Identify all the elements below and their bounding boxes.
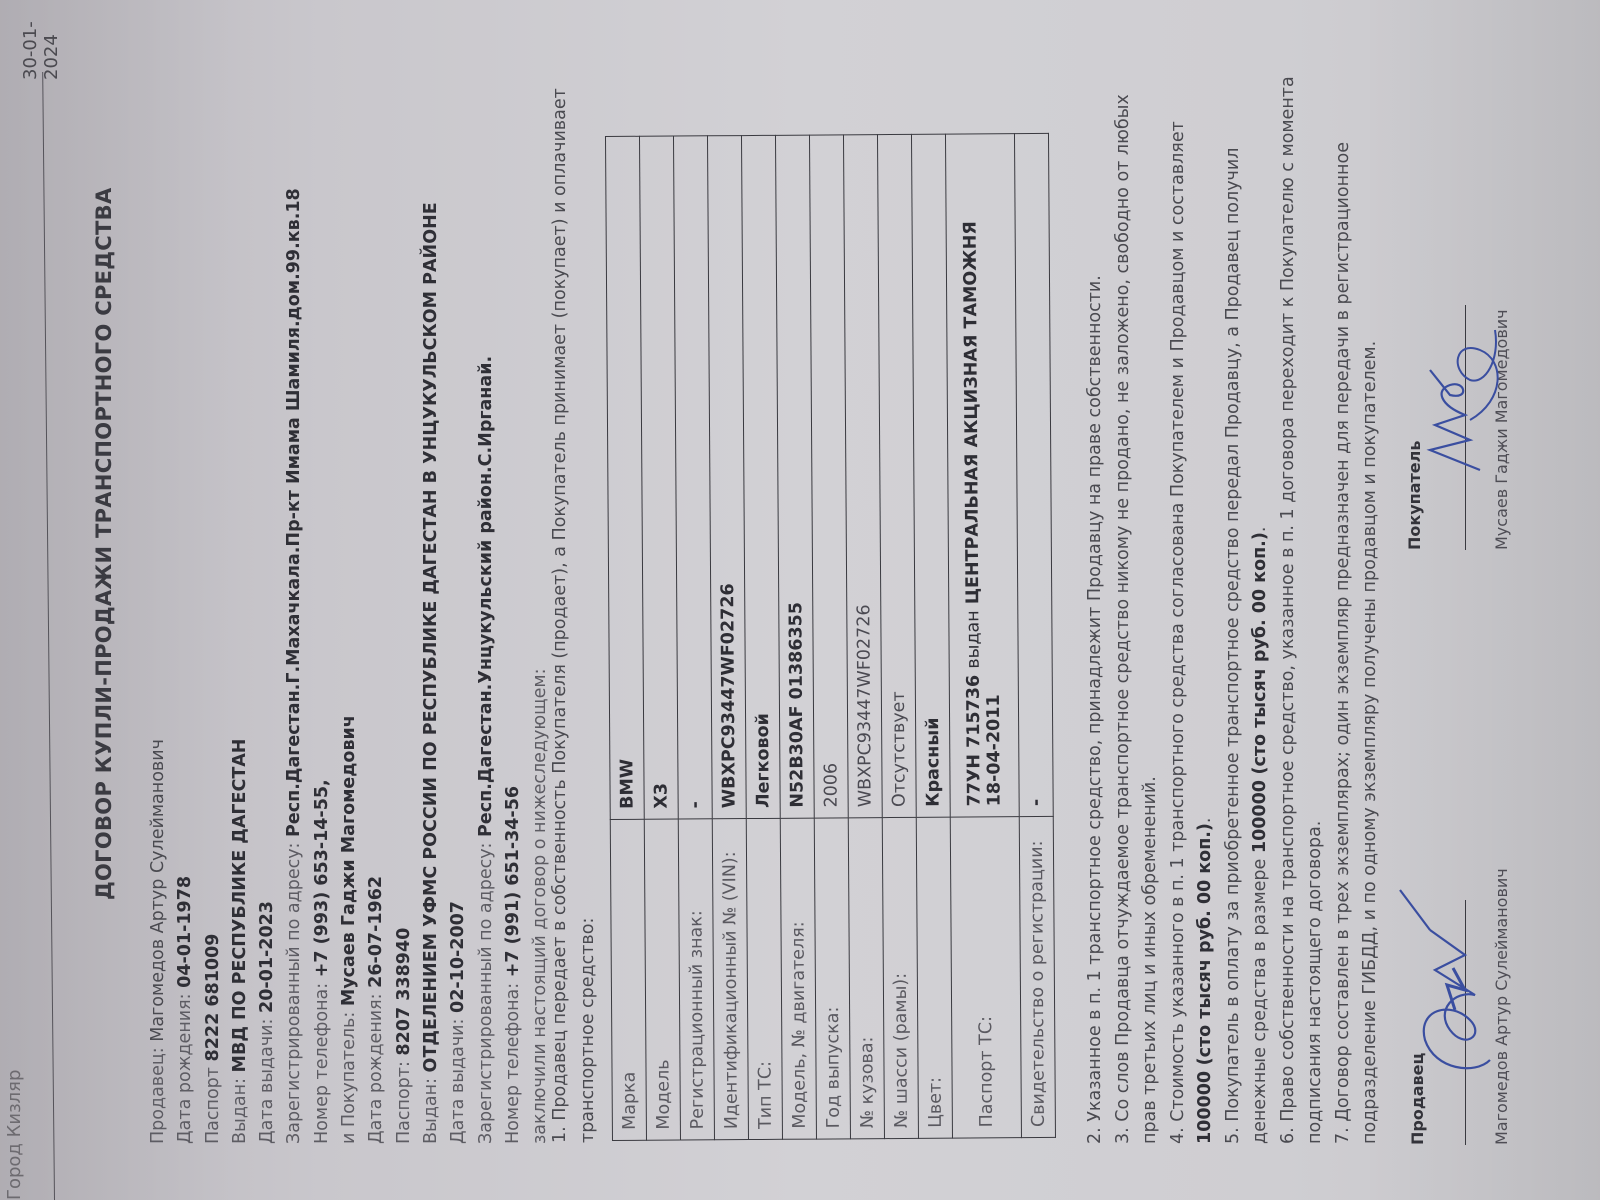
vehicle-table-row: Паспорт ТС:77УН 715736 выдан ЦЕНТРАЛЬНАЯ… (945, 134, 1021, 1138)
vehicle-field-label: Регистрационный знак: (678, 819, 714, 1140)
vehicle-field-value: - (673, 136, 712, 819)
vehicle-field-label: Марка (610, 819, 646, 1140)
seller-birth-line: Дата рождения: 04-01-1978 (172, 94, 199, 1144)
header-divider (42, 72, 55, 1200)
clause-4: 4. Стоимость указанного в п. 1 транспорт… (1165, 49, 1220, 1144)
vehicle-field-value: WBXPC93447WF02726 (843, 135, 882, 818)
vehicle-field-label: № кузова: (848, 818, 884, 1139)
clause-7: 7. Договор составлен в трех экземплярах;… (1330, 49, 1385, 1144)
vehicle-field-value: X3 (639, 136, 678, 819)
clause-6: 6. Право собственности на транспортное с… (1275, 49, 1330, 1144)
contract-date: 30-01-2024 (20, 0, 62, 80)
vehicle-field-label: Модель, № двигателя: (780, 818, 816, 1139)
vehicle-table: МаркаBMWМодельX3Регистрационный знак:-Ид… (605, 133, 1056, 1141)
buyer-name-line: и Покупатель: Мусаев Гаджи Магомедович (336, 94, 363, 1144)
clause-2: 2. Указанное в п. 1 транспортное средств… (1082, 49, 1110, 1144)
vehicle-field-value: WBXPC93447WF02726 (707, 136, 746, 819)
document-title: ДОГОВОР КУПЛИ-ПРОДАЖИ ТРАНСПОРТНОГО СРЕД… (92, 188, 116, 901)
seller-phone-line: Номер телефона: +7 (993) 653-14-55, (309, 94, 336, 1144)
vehicle-field-value: Отсутствует (877, 134, 916, 817)
vehicle-table-row: Свидетельство о регистрации:- (1014, 133, 1055, 1137)
clause-5: 5. Покупатель в оплату за приобретенное … (1220, 49, 1275, 1144)
contract-page: Город Кизляр 30-01-2024 ДОГОВОР КУПЛИ-ПР… (0, 0, 1600, 1200)
buyer-issue-date-line: Дата выдачи: 02-10-2007 (445, 94, 472, 1144)
vehicle-field-label: Год выпуска: (814, 818, 850, 1139)
vehicle-field-value: 2006 (809, 135, 848, 818)
buyer-passport-line: Паспорт: 8207 338940 (391, 94, 418, 1144)
city: Город Кизляр (4, 1070, 25, 1200)
seller-issued-line: Выдан: МВД ПО РЕСПУБЛИКЕ ДАГЕСТАН (227, 94, 254, 1144)
buyer-phone-line: Номер телефона: +7 (991) 651-34-56 (500, 94, 527, 1144)
vehicle-field-value: - (1014, 133, 1053, 816)
buyer-issued-line: Выдан: ОТДЕЛЕНИЕМ УФМС РОССИИ ПО РЕСПУБЛ… (418, 94, 445, 1144)
vehicle-field-label: № шасси (рамы): (882, 817, 918, 1138)
vehicle-field-value: Легковой (741, 135, 780, 818)
seller-signature-icon (1395, 880, 1505, 1080)
vehicle-field-label: Тип ТС: (746, 818, 782, 1139)
seller-address-line: Зарегистрированный по адресу: Респ.Дагес… (281, 94, 308, 1144)
buyer-birth-line: Дата рождения: 26-07-1962 (363, 94, 390, 1144)
buyer-address-line: Зарегистрированный по адресу: Респ.Дагес… (473, 94, 500, 1144)
vehicle-field-value: Красный (911, 134, 950, 817)
buyer-signature-icon (1410, 300, 1510, 480)
clauses-block: 2. Указанное в п. 1 транспортное средств… (1082, 49, 1385, 1144)
seller-passport-line: Паспорт 8222 681009 (200, 94, 227, 1144)
clause-1: 1. Продавец передает в собственность Пок… (546, 53, 602, 1143)
seller-issue-date-line: Дата выдачи: 20-01-2023 (254, 94, 281, 1144)
vehicle-field-value: N52B30AF 01386355 (775, 135, 814, 818)
parties-block: Продавец: Магомедов Артур Сулейманович Д… (145, 94, 554, 1144)
vehicle-field-label: Модель (644, 819, 680, 1140)
vehicle-field-label: Цвет: (916, 817, 952, 1138)
vehicle-field-value: BMW (605, 136, 644, 819)
seller-name-line: Продавец: Магомедов Артур Сулейманович (145, 94, 172, 1144)
vehicle-field-value: 77УН 715736 выдан ЦЕНТРАЛЬНАЯ АКЦИЗНАЯ Т… (945, 134, 1019, 817)
vehicle-field-label: Свидетельство о регистрации: (1019, 816, 1055, 1137)
vehicle-field-label: Паспорт ТС: (950, 817, 1021, 1138)
vehicle-field-label: Идентификационный № (VIN): (712, 819, 748, 1140)
clause-3: 3. Со слов Продавца отчуждаемое транспор… (1110, 49, 1165, 1144)
